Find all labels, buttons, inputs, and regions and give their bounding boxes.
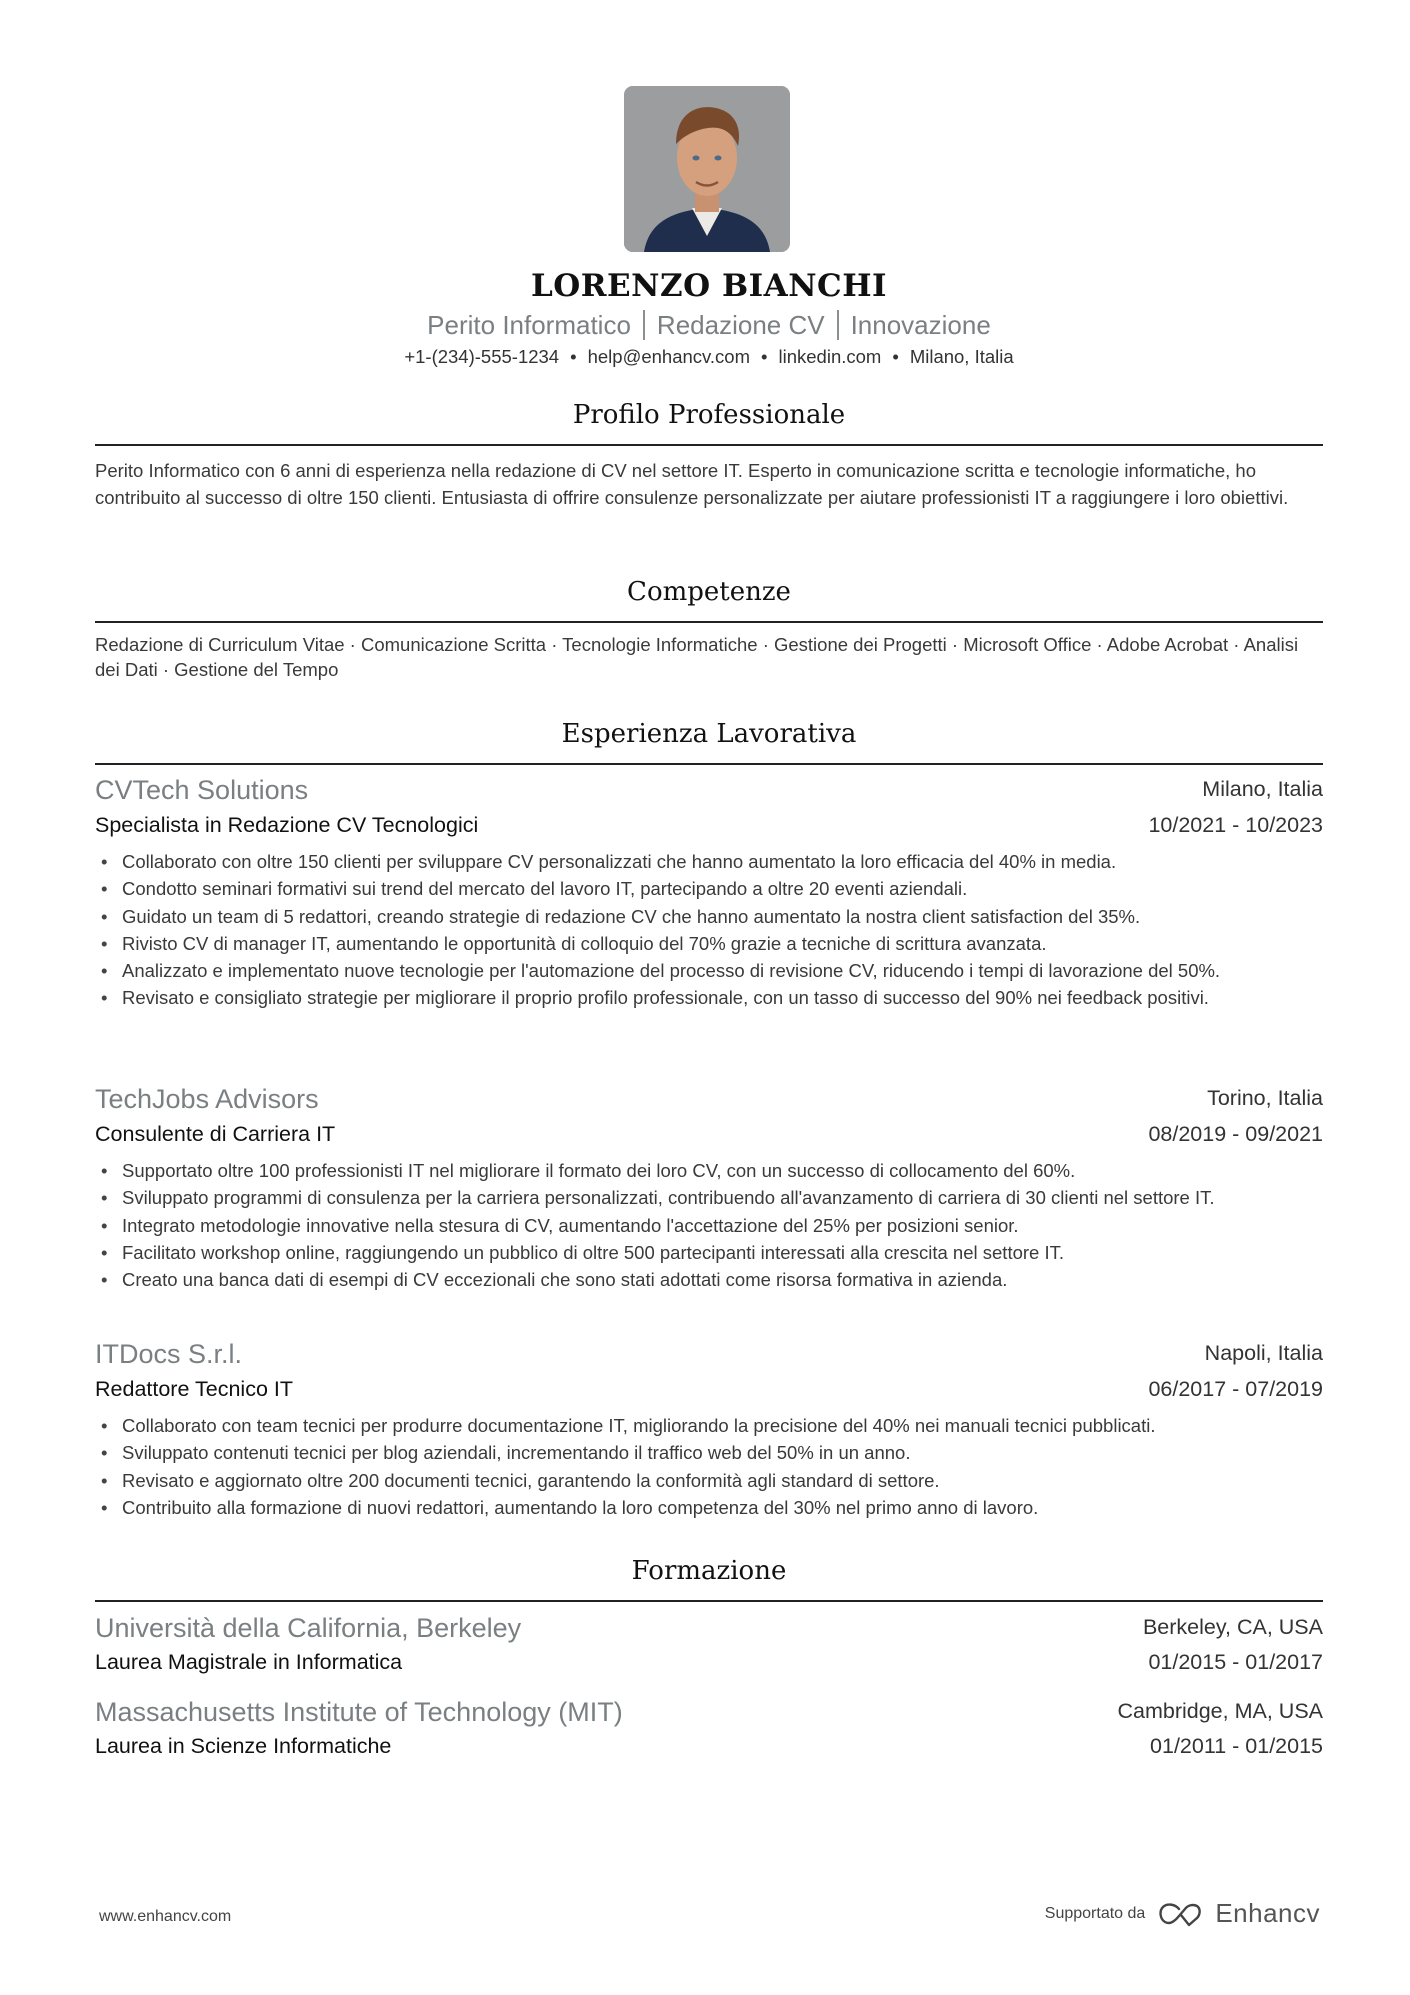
school-location: Berkeley, CA, USA: [1143, 1615, 1323, 1640]
job-bullets: Collaborato con team tecnici per produrr…: [95, 1412, 1323, 1521]
profile-photo: [624, 86, 790, 252]
section-divider: [95, 444, 1323, 446]
list-item: Facilitato workshop online, raggiungendo…: [95, 1239, 1323, 1266]
footer-website-link[interactable]: www.enhancv.com: [99, 1908, 231, 1926]
list-item: Analizzato e implementato nuove tecnolog…: [95, 957, 1323, 984]
job-role: Consulente di Carriera IT: [95, 1122, 335, 1147]
headline: Perito InformaticoRedazione CVInnovazion…: [95, 310, 1323, 341]
section-divider: [95, 1600, 1323, 1602]
bullet-separator: •: [892, 346, 898, 367]
job-location: Napoli, Italia: [1205, 1341, 1323, 1366]
job-role: Specialista in Redazione CV Tecnologici: [95, 813, 478, 838]
location: Milano, Italia: [910, 346, 1014, 367]
job-dates: 08/2019 - 09/2021: [1148, 1122, 1323, 1147]
profile-summary: Perito Informatico con 6 anni di esperie…: [95, 457, 1323, 511]
enhancv-logo-icon: [1157, 1901, 1205, 1927]
education-dates: 01/2015 - 01/2017: [1148, 1650, 1323, 1675]
list-item: Rivisto CV di manager IT, aumentando le …: [95, 930, 1323, 957]
person-photo-icon: [624, 86, 790, 252]
section-heading-education: Formazione: [95, 1556, 1323, 1586]
list-item: Creato una banca dati di esempi di CV ec…: [95, 1266, 1323, 1293]
headline-part: Redazione CV: [657, 310, 825, 340]
list-item: Integrato metodologie innovative nella s…: [95, 1212, 1323, 1239]
job-dates: 10/2021 - 10/2023: [1148, 813, 1323, 838]
bullet-separator: •: [570, 346, 576, 367]
headline-part: Perito Informatico: [427, 310, 631, 340]
list-item: Collaborato con oltre 150 clienti per sv…: [95, 848, 1323, 875]
school-name: Università della California, Berkeley: [95, 1613, 521, 1644]
list-item: Contribuito alla formazione di nuovi red…: [95, 1494, 1323, 1521]
headline-part: Innovazione: [851, 310, 991, 340]
bullet-separator: •: [761, 346, 767, 367]
school-name: Massachusetts Institute of Technology (M…: [95, 1697, 623, 1728]
job-role: Redattore Tecnico IT: [95, 1377, 293, 1402]
list-item: Supportato oltre 100 professionisti IT n…: [95, 1157, 1323, 1184]
company-name: ITDocs S.r.l.: [95, 1339, 242, 1370]
skills-list: Redazione di Curriculum Vitae · Comunica…: [95, 633, 1323, 682]
job-location: Torino, Italia: [1207, 1086, 1323, 1111]
email-link[interactable]: help@enhancv.com: [588, 346, 750, 367]
contact-info: +1-(234)-555-1234•help@enhancv.com•linke…: [95, 346, 1323, 368]
candidate-name: LORENZO BIANCHI: [95, 268, 1323, 304]
education-dates: 01/2011 - 01/2015: [1150, 1734, 1323, 1759]
footer-branding[interactable]: Supportato da Enhancv: [1045, 1898, 1320, 1929]
company-name: CVTech Solutions: [95, 775, 308, 806]
section-divider: [95, 621, 1323, 623]
list-item: Guidato un team di 5 redattori, creando …: [95, 903, 1323, 930]
degree: Laurea Magistrale in Informatica: [95, 1650, 402, 1675]
brand-name: Enhancv: [1215, 1898, 1320, 1929]
list-item: Revisato e aggiornato oltre 200 document…: [95, 1467, 1323, 1494]
school-location: Cambridge, MA, USA: [1117, 1699, 1323, 1724]
section-heading-profile: Profilo Professionale: [95, 400, 1323, 430]
headline-separator: [837, 310, 839, 340]
degree: Laurea in Scienze Informatiche: [95, 1734, 391, 1759]
job-bullets: Supportato oltre 100 professionisti IT n…: [95, 1157, 1323, 1293]
job-location: Milano, Italia: [1202, 777, 1323, 802]
job-dates: 06/2017 - 07/2019: [1148, 1377, 1323, 1402]
job-bullets: Collaborato con oltre 150 clienti per sv…: [95, 848, 1323, 1012]
company-name: TechJobs Advisors: [95, 1084, 319, 1115]
list-item: Revisato e consigliato strategie per mig…: [95, 984, 1323, 1011]
headline-separator: [643, 310, 645, 340]
linkedin-link[interactable]: linkedin.com: [779, 346, 882, 367]
list-item: Condotto seminari formativi sui trend de…: [95, 875, 1323, 902]
section-divider: [95, 763, 1323, 765]
list-item: Collaborato con team tecnici per produrr…: [95, 1412, 1323, 1439]
section-heading-experience: Esperienza Lavorativa: [95, 719, 1323, 749]
section-heading-skills: Competenze: [95, 577, 1323, 607]
list-item: Sviluppato programmi di consulenza per l…: [95, 1184, 1323, 1211]
powered-by-label: Supportato da: [1045, 1905, 1146, 1923]
list-item: Sviluppato contenuti tecnici per blog az…: [95, 1439, 1323, 1466]
phone[interactable]: +1-(234)-555-1234: [404, 346, 559, 367]
